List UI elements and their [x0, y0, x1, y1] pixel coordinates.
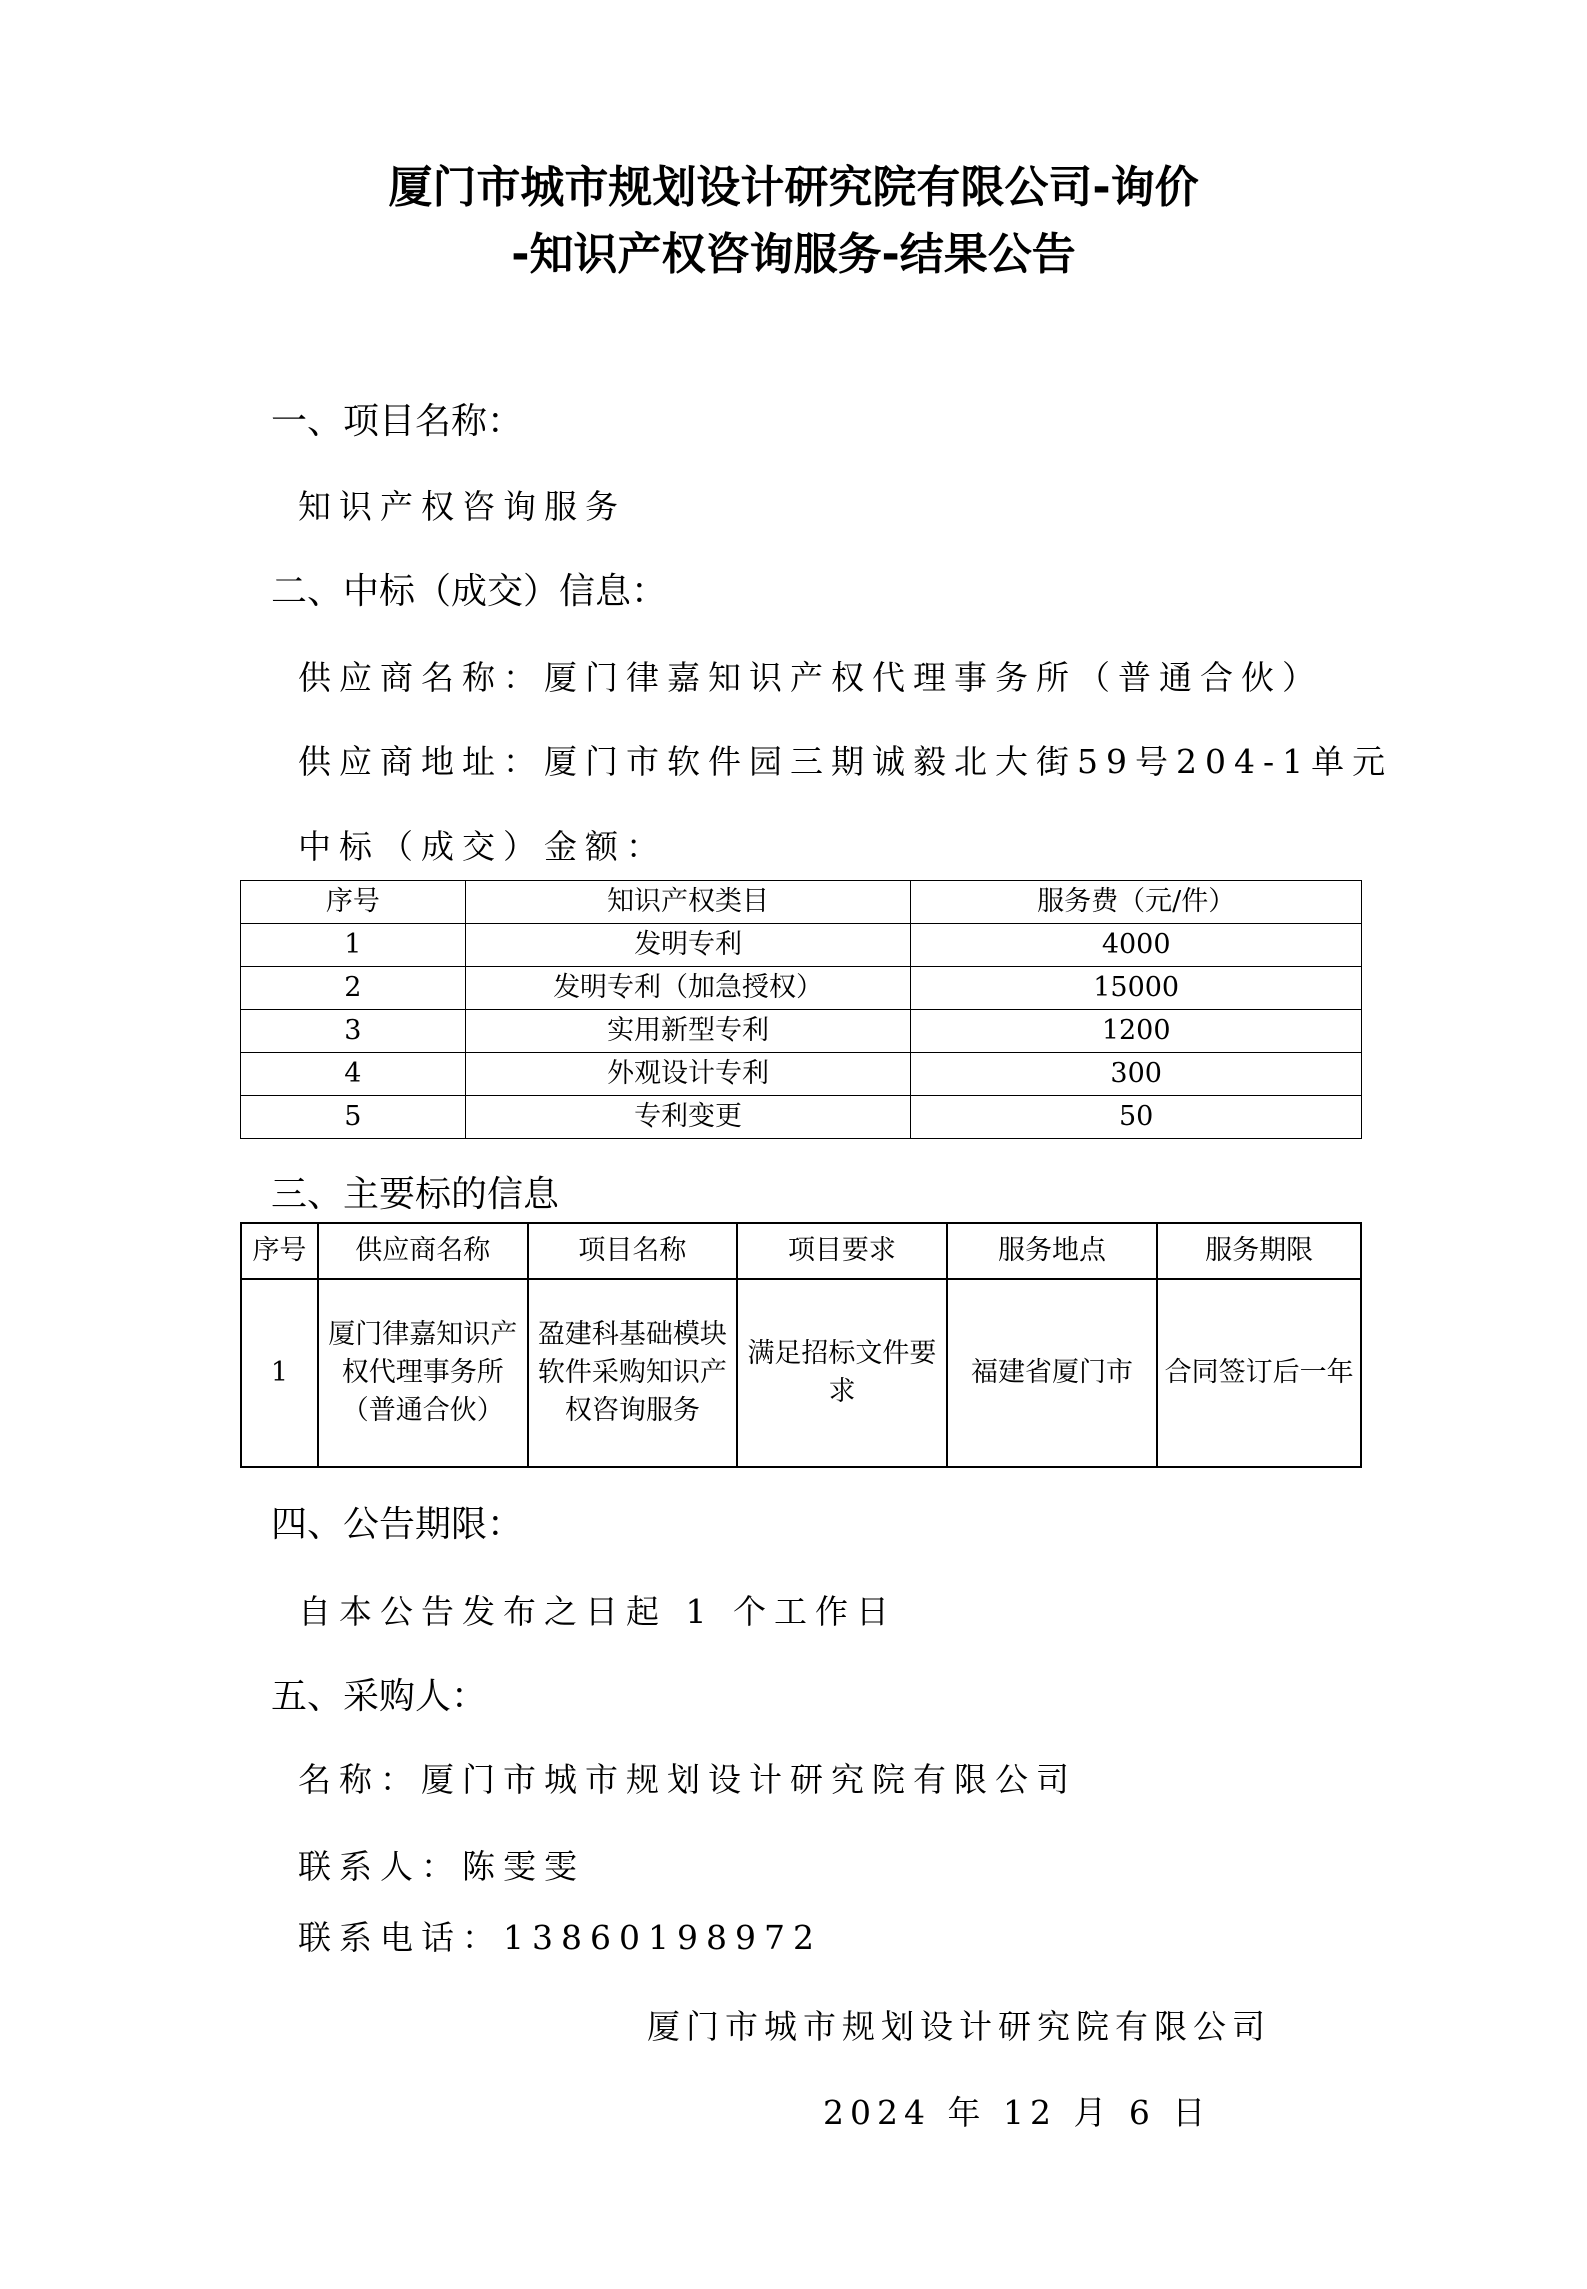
table-cell: 外观设计专利 — [465, 1053, 911, 1096]
purchaser-phone: 联系电话：13860198972 — [298, 1913, 822, 1963]
table-header-cell: 服务期限 — [1157, 1223, 1361, 1279]
notice-period: 自本公告发布之日起 1 个工作日 — [298, 1587, 897, 1637]
purchaser-name: 名称：厦门市城市规划设计研究院有限公司 — [298, 1755, 1077, 1805]
table-header-row: 序号 知识产权类目 服务费（元/件） — [241, 881, 1362, 924]
table-cell: 专利变更 — [465, 1096, 911, 1139]
table-cell: 发明专利（加急授权） — [465, 967, 911, 1010]
section-1-heading: 一、项目名称： — [271, 397, 523, 447]
section-2-heading: 二、中标（成交）信息： — [271, 567, 667, 617]
table-cell: 福建省厦门市 — [947, 1279, 1158, 1467]
section-5-heading: 五、采购人： — [271, 1672, 487, 1722]
supplier-name: 供应商名称：厦门律嘉知识产权代理事务所（普通合伙） — [298, 653, 1323, 703]
table-cell: 50 — [911, 1096, 1362, 1139]
signature-org: 厦门市城市规划设计研究院有限公司 — [647, 2002, 1271, 2052]
table-header-cell: 序号 — [241, 881, 466, 924]
table-header-cell: 序号 — [241, 1223, 318, 1279]
table-cell: 4000 — [911, 924, 1362, 967]
document-title-line-2: -知识产权咨询服务-结果公告 — [0, 225, 1587, 285]
document-title-line-1: 厦门市城市规划设计研究院有限公司-询价 — [0, 158, 1587, 218]
table-header-row: 序号 供应商名称 项目名称 项目要求 服务地点 服务期限 — [241, 1223, 1361, 1279]
fee-table: 序号 知识产权类目 服务费（元/件） 1 发明专利 4000 2 发明专利（加急… — [240, 880, 1362, 1139]
table-cell: 厦门律嘉知识产权代理事务所（普通合伙） — [318, 1279, 528, 1467]
table-cell: 3 — [241, 1010, 466, 1053]
table-cell: 300 — [911, 1053, 1362, 1096]
table-header-cell: 项目名称 — [528, 1223, 738, 1279]
table-row: 1 厦门律嘉知识产权代理事务所（普通合伙） 盈建科基础模块软件采购知识产权咨询服… — [241, 1279, 1361, 1467]
table-cell: 发明专利 — [465, 924, 911, 967]
table-cell: 合同签订后一年 — [1157, 1279, 1361, 1467]
table-cell: 满足招标文件要求 — [737, 1279, 947, 1467]
table-cell: 1 — [241, 924, 466, 967]
subject-table: 序号 供应商名称 项目名称 项目要求 服务地点 服务期限 1 厦门律嘉知识产权代… — [240, 1222, 1362, 1468]
purchaser-contact: 联系人：陈雯雯 — [298, 1842, 585, 1892]
table-cell: 2 — [241, 967, 466, 1010]
table-cell: 4 — [241, 1053, 466, 1096]
table-header-cell: 服务费（元/件） — [911, 881, 1362, 924]
table-cell: 15000 — [911, 967, 1362, 1010]
table-cell: 1 — [241, 1279, 318, 1467]
table-header-cell: 服务地点 — [947, 1223, 1158, 1279]
section-4-heading: 四、公告期限： — [271, 1500, 523, 1550]
section-3-heading: 三、主要标的信息 — [271, 1170, 559, 1220]
table-header-cell: 项目要求 — [737, 1223, 947, 1279]
project-name: 知识产权咨询服务 — [298, 482, 626, 532]
table-row: 5 专利变更 50 — [241, 1096, 1362, 1139]
table-header-cell: 知识产权类目 — [465, 881, 911, 924]
table-cell: 1200 — [911, 1010, 1362, 1053]
table-cell: 5 — [241, 1096, 466, 1139]
signature-date: 2024 年 12 月 6 日 — [823, 2088, 1211, 2138]
amount-label: 中标（成交）金额： — [298, 822, 667, 872]
table-row: 2 发明专利（加急授权） 15000 — [241, 967, 1362, 1010]
table-row: 1 发明专利 4000 — [241, 924, 1362, 967]
table-row: 3 实用新型专利 1200 — [241, 1010, 1362, 1053]
table-row: 4 外观设计专利 300 — [241, 1053, 1362, 1096]
supplier-address: 供应商地址：厦门市软件园三期诚毅北大街59号204-1单元 — [298, 737, 1393, 787]
table-cell: 盈建科基础模块软件采购知识产权咨询服务 — [528, 1279, 738, 1467]
table-header-cell: 供应商名称 — [318, 1223, 528, 1279]
table-cell: 实用新型专利 — [465, 1010, 911, 1053]
